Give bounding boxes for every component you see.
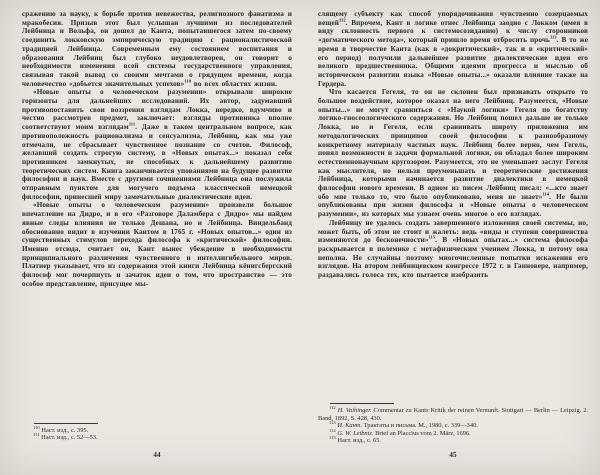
footnote: 115 Наст. изд., с. 65. bbox=[318, 437, 588, 445]
paragraph: сражению за науку, к борьбе против невеж… bbox=[22, 10, 292, 88]
page-number-left: 44 bbox=[22, 451, 292, 459]
paragraph: слящему субъекту как способ упорядочиван… bbox=[318, 10, 588, 88]
paragraph: «Новые опыты о человеческом разумении» о… bbox=[22, 88, 292, 201]
paragraph: «Новые опыты о человеческом разумении» п… bbox=[22, 201, 292, 288]
page-right-footnotes: 112 H. Vaihinger. Commentar zu Kants Kri… bbox=[318, 403, 588, 445]
book-spread: сражению за науку, к борьбе против невеж… bbox=[0, 0, 600, 475]
page-left-footnotes: 110 Наст. изд., с. 395. 111 Наст. изд., … bbox=[22, 423, 292, 442]
paragraph: Лейбницу не удалось создать завершенного… bbox=[318, 219, 588, 280]
footnote-divider bbox=[330, 403, 394, 404]
footnote: 113 И. Кант. Трактаты и письма. М., 1980… bbox=[318, 422, 588, 430]
page-right: слящему субъекту как способ упорядочиван… bbox=[318, 0, 588, 475]
paragraph: Что касается Гегеля, то он не склонен бы… bbox=[318, 88, 588, 219]
footnote-divider bbox=[34, 423, 98, 424]
page-left: сражению за науку, к борьбе против невеж… bbox=[22, 0, 292, 475]
page-number-right: 45 bbox=[318, 451, 588, 459]
footnote: 112 H. Vaihinger. Commentar zu Kants Kri… bbox=[318, 407, 588, 422]
page-left-body-text: сражению за науку, к борьбе против невеж… bbox=[22, 10, 292, 289]
page-right-body-text: слящему субъекту как способ упорядочиван… bbox=[318, 10, 588, 280]
footnote: 111 Наст. изд., с. 52—53. bbox=[22, 434, 292, 442]
